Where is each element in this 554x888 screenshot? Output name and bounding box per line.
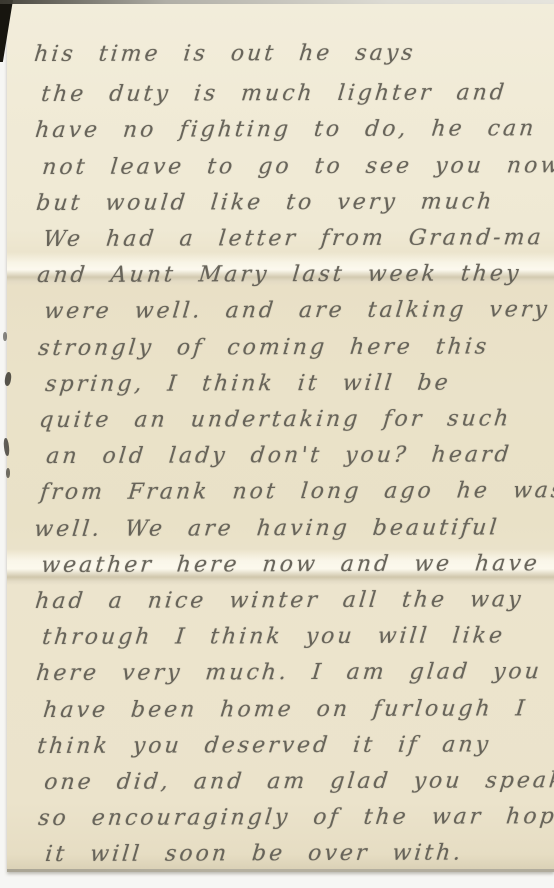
letter-line-20: think you deserved it if any bbox=[36, 732, 492, 759]
letter-line-7: and Aunt Mary last week they bbox=[36, 261, 523, 288]
letter-line-3: have no fighting to do, he can bbox=[34, 116, 538, 143]
letter-line-17: through I think you will like bbox=[41, 623, 506, 650]
letter-line-19: have been home on furlough I bbox=[42, 696, 529, 723]
letter-text-block: his time is out he saysthe duty is much … bbox=[33, 42, 554, 872]
paper-bottom-edge bbox=[7, 869, 554, 872]
letter-paper: his time is out he saysthe duty is much … bbox=[7, 4, 554, 872]
edge-smudge bbox=[6, 468, 10, 478]
letter-line-23: it will soon be over with. bbox=[44, 841, 465, 867]
letter-line-1: his time is out he says bbox=[33, 41, 417, 67]
letter-line-6: We had a letter from Grand-ma bbox=[42, 225, 545, 252]
letter-line-4: not leave to go to see you now bbox=[41, 153, 554, 180]
letter-line-15: weather here now and we have bbox=[40, 551, 541, 578]
letter-line-18: here very much. I am glad you bbox=[35, 659, 543, 686]
letter-line-12: an old lady don't you? heard bbox=[45, 442, 513, 469]
letter-line-16: had a nice winter all the way bbox=[34, 587, 525, 614]
scanner-top-edge bbox=[0, 0, 554, 4]
edge-smudge bbox=[3, 332, 7, 341]
letter-line-13: from Frank not long ago he was bbox=[39, 478, 554, 505]
letter-line-14: well. We are having beautiful bbox=[33, 515, 501, 542]
letter-line-10: spring, I think it will be bbox=[44, 371, 452, 397]
letter-line-8: were well. and are talking very bbox=[43, 297, 551, 324]
letter-line-5: but would like to very much bbox=[35, 189, 496, 216]
letter-line-21: one did, and am glad you speak bbox=[43, 768, 554, 795]
scan-background: { "document": { "colors": { "paper": "#e… bbox=[0, 0, 554, 888]
letter-line-2: the duty is much lighter and bbox=[40, 80, 508, 107]
letter-line-11: quite an undertaking for such bbox=[38, 406, 513, 433]
letter-line-22: so encouragingly of the war hope bbox=[37, 804, 554, 831]
letter-line-9: strongly of coming here this bbox=[37, 334, 490, 361]
